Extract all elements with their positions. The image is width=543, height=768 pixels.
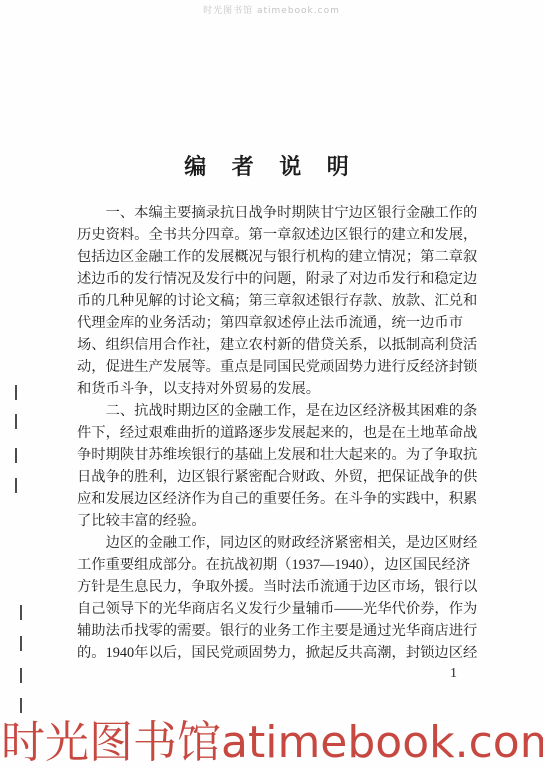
text-line: 辅助法币找零的需要。银行的业务工作主要是通过光华商店进行	[77, 620, 483, 642]
fold-mark-dash	[15, 448, 17, 463]
text-line: 和货币斗争，以支持对外贸易的发展。	[77, 378, 483, 400]
top-watermark: 时光图书馆 atimebook.com	[0, 3, 543, 16]
text-line: 应和发展边区经济作为自己的重要任务。在斗争的实践中，积累	[77, 488, 483, 510]
scanned-book-page: 时光图书馆 atimebook.com 编 者 说 明 一、本编主要摘录抗日战争…	[0, 0, 543, 768]
text-line: 方针是生息民力，争取外援。当时法币流通于边区市场，银行以	[77, 576, 483, 598]
page-title: 编 者 说 明	[0, 150, 543, 181]
text-line: 动，促进生产发展等。重点是同国民党顽固势力进行反经济封锁	[77, 356, 483, 378]
text-line: 述边币的发行情况及发行中的问题，附录了对边币发行和稳定边	[77, 268, 483, 290]
text-line: 了比较丰富的经验。	[77, 510, 483, 532]
fold-mark-dash	[15, 478, 17, 493]
fold-mark-dash	[15, 414, 17, 429]
text-line: 工作重要组成部分。在抗战初期（1937—1940），边区国民经济	[77, 554, 483, 576]
bottom-watermark: 时光图书馆atimebook.com	[1, 706, 543, 768]
text-line: 代理金库的业务活动；第四章叙述停止法币流通，统一边币市	[77, 312, 483, 334]
text-line: 边区的金融工作，同边区的财政经济紧密相关，是边区财经	[77, 532, 483, 554]
body-text: 一、本编主要摘录抗日战争时期陕甘宁边区银行金融工作的 历史资料。全书共分四章。第…	[77, 202, 483, 664]
text-line: 币的几种见解的讨论文稿；第三章叙述银行存款、放款、汇兑和	[77, 290, 483, 312]
text-line: 争时期陕甘苏维埃银行的基础上发展和壮大起来的。为了争取抗	[77, 444, 483, 466]
text-line: 的。1940年以后，国民党顽固势力，掀起反共高潮，封锁边区经	[77, 642, 483, 664]
fold-mark-dash	[20, 636, 22, 651]
text-line: 件下，经过艰难曲折的道路逐步发展起来的，也是在土地革命战	[77, 422, 483, 444]
fold-mark-dash	[15, 385, 17, 400]
text-line: 一、本编主要摘录抗日战争时期陕甘宁边区银行金融工作的	[77, 202, 483, 224]
text-line: 自己领导下的光华商店名义发行少量辅币——光华代价券，作为	[77, 598, 483, 620]
text-line: 日战争的胜利，边区银行紧密配合财政、外贸，把保证战争的供	[77, 466, 483, 488]
text-line: 场、组织信用合作社，建立农村新的借贷关系，以抵制高利贷活	[77, 334, 483, 356]
page-number: 1	[450, 666, 457, 682]
fold-mark-dash	[20, 605, 22, 620]
text-line: 二、抗战时期边区的金融工作，是在边区经济极其困难的条	[77, 400, 483, 422]
text-line: 包括边区金融工作的发展概况与银行机构的建立情况；第二章叙	[77, 246, 483, 268]
fold-mark-dash	[20, 668, 22, 683]
text-line: 历史资料。全书共分四章。第一章叙述边区银行的建立和发展，	[77, 224, 483, 246]
